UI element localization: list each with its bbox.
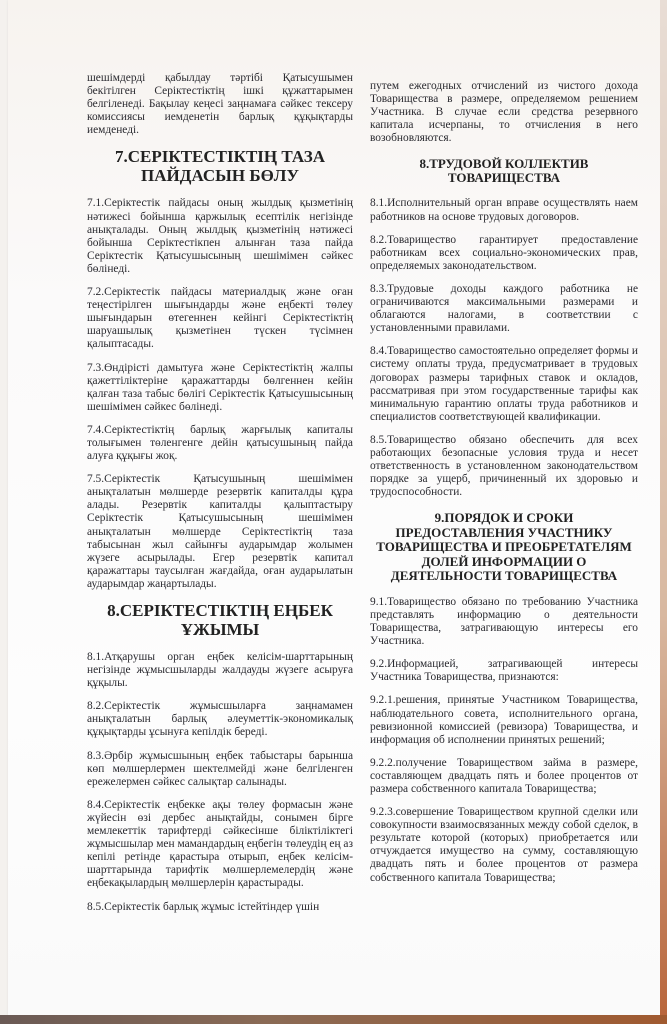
section-7-title: 7.СЕРІКТЕСТІКТІҢ ТАЗА ПАЙДАСЫН БӨЛУ	[87, 147, 353, 185]
clause-7-5: 7.5.Серіктестік Қатысушының шешімімен ан…	[87, 473, 353, 591]
right-column-russian: путем ежегодных отчислений из чистого до…	[370, 80, 638, 895]
clause-8-5-kz: 8.5.Серіктестік барлық жұмыс істейтіндер…	[87, 901, 353, 914]
clause-8-4-ru: 8.4.Товарищество самостоятельно определя…	[370, 345, 638, 424]
clause-9-2-2: 9.2.2.получение Товариществом займа в ра…	[370, 757, 638, 796]
clause-9-1: 9.1.Товарищество обязано по требованию У…	[370, 596, 638, 648]
clause-9-2-1: 9.2.1.решения, принятые Участником Товар…	[370, 694, 638, 746]
desk-edge-bottom	[0, 1015, 667, 1024]
section-9-title: 9.ПОРЯДОК И СРОКИ ПРЕДОСТАВЛЕНИЯ УЧАСТНИ…	[370, 511, 638, 584]
document-page: шешімдерді қабылдау тәртібі Қатысушымен …	[8, 0, 660, 1016]
clause-8-2-ru: 8.2.Товарищество гарантирует предоставле…	[370, 234, 638, 273]
clause-9-2: 9.2.Информацией, затрагивающей интересы …	[370, 658, 638, 684]
section-8-kz-title: 8.СЕРІКТЕСТІКТІҢ ЕҢБЕК ҰЖЫМЫ	[87, 601, 353, 639]
clause-8-4-kz: 8.4.Серіктестік еңбекке ақы төлеу формас…	[87, 799, 353, 891]
clause-8-3-kz: 8.3.Әрбір жұмысшының еңбек табыстары бар…	[87, 750, 353, 789]
clause-7-3: 7.3.Өндірісті дамытуға және Серіктестікт…	[87, 362, 353, 414]
section-8-ru-title: 8.ТРУДОВОЙ КОЛЛЕКТИВ ТОВАРИЩЕСТВА	[370, 157, 638, 185]
clause-8-1-kz: 8.1.Атқарушы орган еңбек келісім-шарттар…	[87, 651, 353, 690]
desk-edge-right	[660, 0, 667, 1024]
clause-7-2: 7.2.Серіктестік пайдасы материалдық және…	[87, 286, 353, 351]
clause-8-5-ru: 8.5.Товарищество обязано обеспечить для …	[370, 434, 638, 499]
right-intro-paragraph: путем ежегодных отчислений из чистого до…	[370, 80, 638, 145]
left-column-kazakh: шешімдерді қабылдау тәртібі Қатысушымен …	[87, 72, 353, 924]
clause-9-2-3: 9.2.3.совершение Товариществом крупной с…	[370, 806, 638, 885]
clause-7-4: 7.4.Серіктестіктің барлық жарғылық капит…	[87, 424, 353, 463]
left-intro-paragraph: шешімдерді қабылдау тәртібі Қатысушымен …	[87, 72, 353, 137]
clause-7-1: 7.1.Серіктестік пайдасы оның жылдық қызм…	[87, 197, 353, 276]
clause-8-2-kz: 8.2.Серіктестік жұмысшыларға заңнамамен …	[87, 700, 353, 739]
clause-8-1-ru: 8.1.Исполнительный орган вправе осуществ…	[370, 197, 638, 223]
clause-8-3-ru: 8.3.Трудовые доходы каждого работника не…	[370, 283, 638, 335]
